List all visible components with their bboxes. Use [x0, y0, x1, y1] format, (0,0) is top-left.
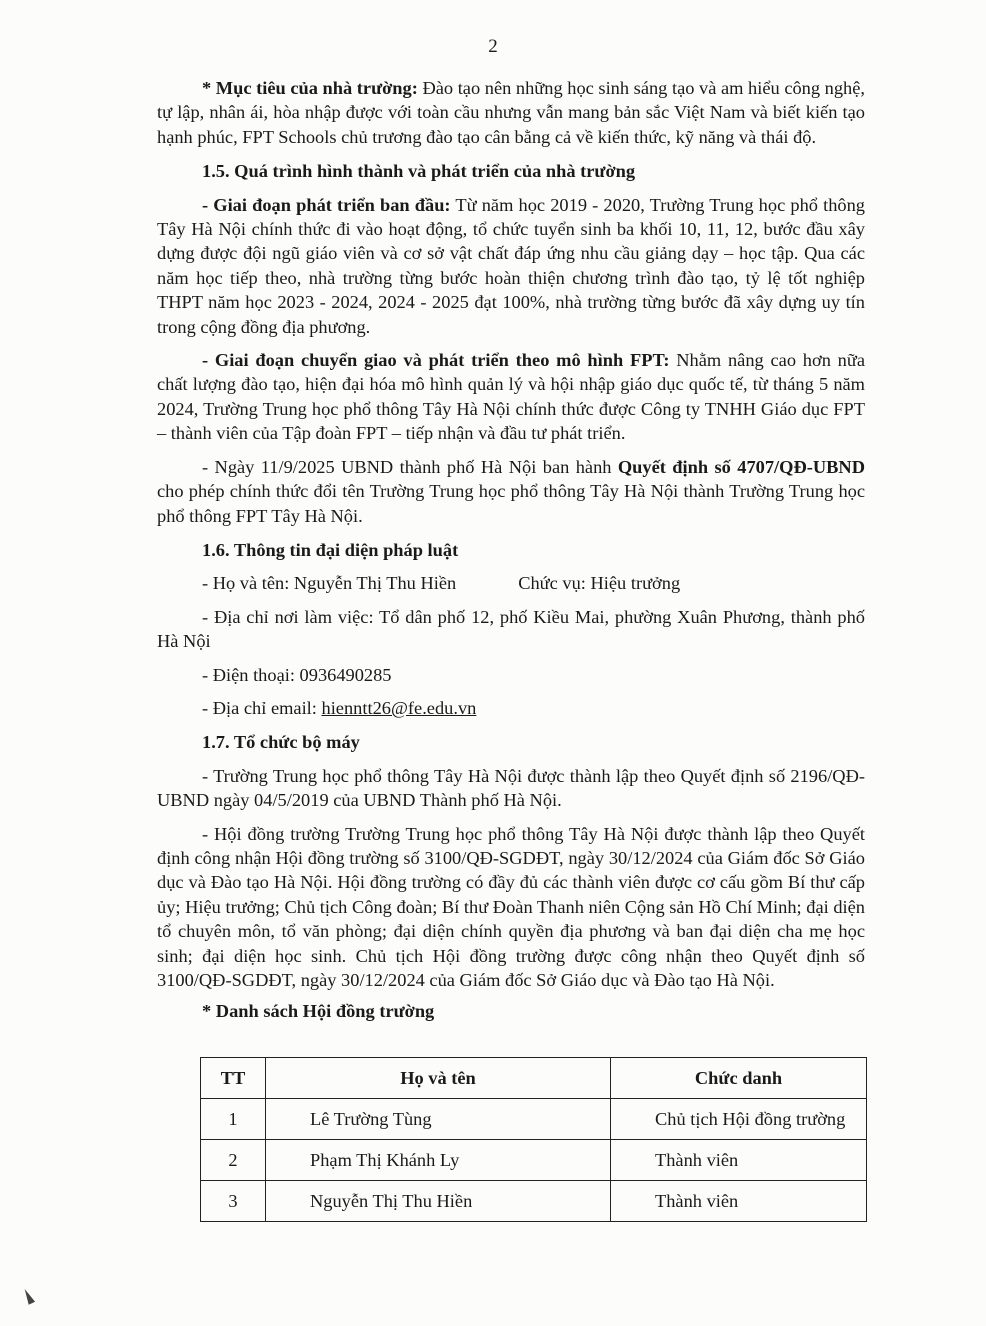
email-line: - Địa chỉ email: hienntt26@fe.edu.vn — [157, 696, 865, 720]
council-paragraph: - Hội đồng trường Trường Trung học phổ t… — [157, 822, 865, 993]
stage2-paragraph: - Giai đoạn chuyển giao và phát triển th… — [157, 348, 865, 446]
section-1-5-heading: 1.5. Quá trình hình thành và phát triển … — [157, 159, 865, 183]
representative-name: - Họ và tên: Nguyễn Thị Thu Hiền — [202, 573, 456, 593]
stage1-label: - Giai đoạn phát triển ban đầu: — [202, 195, 451, 215]
decision-number: Quyết định số 4707/QĐ-UBND — [618, 457, 865, 477]
header-name: Họ và tên — [266, 1058, 611, 1099]
cell-tt: 2 — [201, 1140, 266, 1181]
stage2-label: - Giai đoạn chuyển giao và phát triển th… — [202, 350, 670, 370]
stage1-text: Từ năm học 2019 - 2020, Trường Trung học… — [157, 195, 865, 337]
address-line: - Địa chỉ nơi làm việc: Tổ dân phố 12, p… — [157, 605, 865, 654]
council-table: TT Họ và tên Chức danh 1 Lê Trường Tùng … — [200, 1057, 867, 1222]
section-1-7-heading: 1.7. Tổ chức bộ máy — [157, 730, 865, 754]
cell-tt: 3 — [201, 1181, 266, 1222]
representative-line: - Họ và tên: Nguyễn Thị Thu HiềnChức vụ:… — [157, 571, 865, 595]
email-link[interactable]: hienntt26@fe.edu.vn — [322, 698, 477, 718]
decision-pre: - Ngày 11/9/2025 UBND thành phố Hà Nội b… — [202, 457, 618, 477]
scan-artifact-mark — [22, 1287, 35, 1304]
cell-role: Thành viên — [611, 1181, 867, 1222]
cell-name: Lê Trường Tùng — [266, 1099, 611, 1140]
decision-paragraph: - Ngày 11/9/2025 UBND thành phố Hà Nội b… — [157, 455, 865, 528]
email-label: - Địa chỉ email: — [202, 698, 322, 718]
representative-position: Chức vụ: Hiệu trưởng — [518, 573, 680, 593]
table-row: 3 Nguyễn Thị Thu Hiền Thành viên — [201, 1181, 867, 1222]
table-row: 2 Phạm Thị Khánh Ly Thành viên — [201, 1140, 867, 1181]
objective-paragraph: * Mục tiêu của nhà trường: Đào tạo nên n… — [157, 76, 865, 149]
stage1-paragraph: - Giai đoạn phát triển ban đầu: Từ năm h… — [157, 193, 865, 339]
council-table-title: * Danh sách Hội đồng trường — [202, 1001, 865, 1021]
phone-line: - Điện thoại: 0936490285 — [157, 663, 865, 687]
document-body: * Mục tiêu của nhà trường: Đào tạo nên n… — [157, 76, 865, 1021]
cell-role: Chủ tịch Hội đồng trường — [611, 1099, 867, 1140]
table-row: 1 Lê Trường Tùng Chủ tịch Hội đồng trườn… — [201, 1099, 867, 1140]
page-number: 2 — [0, 36, 986, 58]
header-tt: TT — [201, 1058, 266, 1099]
cell-name: Nguyễn Thị Thu Hiền — [266, 1181, 611, 1222]
header-role: Chức danh — [611, 1058, 867, 1099]
cell-tt: 1 — [201, 1099, 266, 1140]
cell-role: Thành viên — [611, 1140, 867, 1181]
decision-post: cho phép chính thức đổi tên Trường Trung… — [157, 481, 865, 525]
cell-name: Phạm Thị Khánh Ly — [266, 1140, 611, 1181]
objective-label: * Mục tiêu của nhà trường: — [202, 78, 418, 98]
establishment-paragraph: - Trường Trung học phổ thông Tây Hà Nội … — [157, 764, 865, 813]
section-1-6-heading: 1.6. Thông tin đại diện pháp luật — [157, 538, 865, 562]
table-header-row: TT Họ và tên Chức danh — [201, 1058, 867, 1099]
